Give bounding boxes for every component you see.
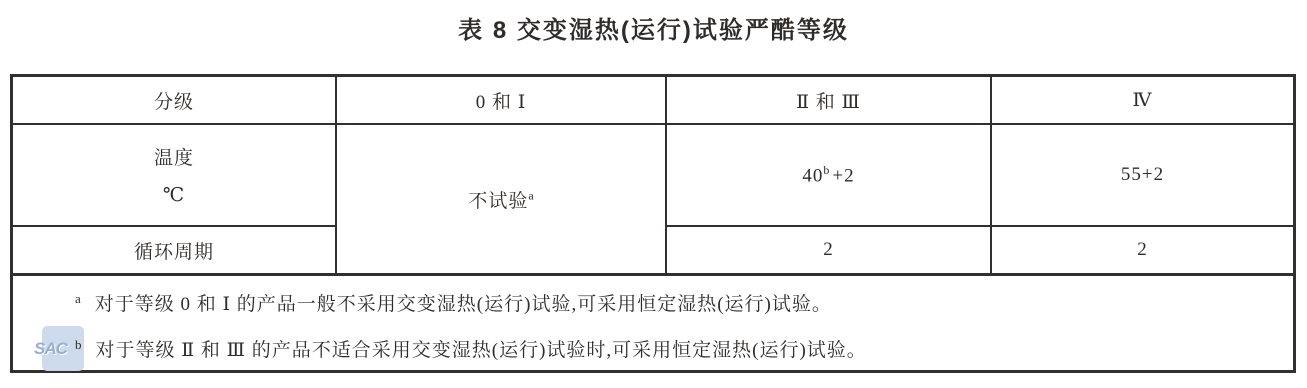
table-title: 表 8 交变湿热(运行)试验严酷等级 (0, 10, 1307, 45)
no-test-cell: 不试验a (336, 124, 666, 273)
temperature-class-2-3-cell: 40b+2 (666, 124, 991, 226)
header-cell-class-2-3: Ⅱ 和 Ⅲ (666, 77, 991, 124)
cycle-class-2-3-cell: 2 (666, 226, 991, 273)
temperature-row: 温度 ℃ 不试验a 40b+2 55+2 (13, 124, 1293, 226)
footnote-b-marker: b (75, 337, 82, 352)
note-ref-a: a (528, 188, 533, 202)
footnotes-section: SAC a对于等级 0 和 Ⅰ 的产品一般不采用交变湿热(运行)试验,可采用恒定… (13, 273, 1293, 367)
table-header-row: 分级 0 和 Ⅰ Ⅱ 和 Ⅲ Ⅳ (13, 77, 1293, 124)
footnote-a-marker: a (75, 291, 81, 306)
temperature-label: 温度 (13, 143, 335, 170)
cycle-class-4-cell: 2 (991, 226, 1293, 273)
no-test-text: 不试验 (468, 191, 528, 212)
cycle-label-cell: 循环周期 (13, 226, 336, 273)
temperature-class-2-3-value: 40 (802, 165, 823, 186)
temperature-class-2-3-tolerance: +2 (832, 165, 854, 186)
severity-table-frame: 分级 0 和 Ⅰ Ⅱ 和 Ⅲ Ⅳ 温度 ℃ 不试验a 40b+2 55+2 循环… (10, 74, 1296, 373)
temperature-class-4-cell: 55+2 (991, 124, 1293, 226)
note-ref-b: b (823, 163, 829, 177)
severity-table: 分级 0 和 Ⅰ Ⅱ 和 Ⅲ Ⅳ 温度 ℃ 不试验a 40b+2 55+2 循环… (13, 77, 1293, 273)
footnote-a-text: 对于等级 0 和 Ⅰ 的产品一般不采用交变湿热(运行)试验,可采用恒定湿热(运行… (95, 294, 832, 315)
header-cell-classification: 分级 (13, 77, 336, 124)
footnote-a: a对于等级 0 和 Ⅰ 的产品一般不采用交变湿热(运行)试验,可采用恒定湿热(运… (75, 289, 832, 316)
header-cell-class-0-1: 0 和 Ⅰ (336, 77, 666, 124)
sac-logo-text: SAC (34, 339, 67, 359)
footnote-b: b对于等级 Ⅱ 和 Ⅲ 的产品不适合采用交变湿热(运行)试验时,可采用恒定湿热(… (75, 335, 867, 362)
header-cell-class-4: Ⅳ (991, 77, 1293, 124)
temperature-label-cell: 温度 ℃ (13, 124, 336, 226)
footnote-b-text: 对于等级 Ⅱ 和 Ⅲ 的产品不适合采用交变湿热(运行)试验时,可采用恒定湿热(运… (96, 340, 867, 361)
temperature-unit: ℃ (13, 184, 335, 207)
